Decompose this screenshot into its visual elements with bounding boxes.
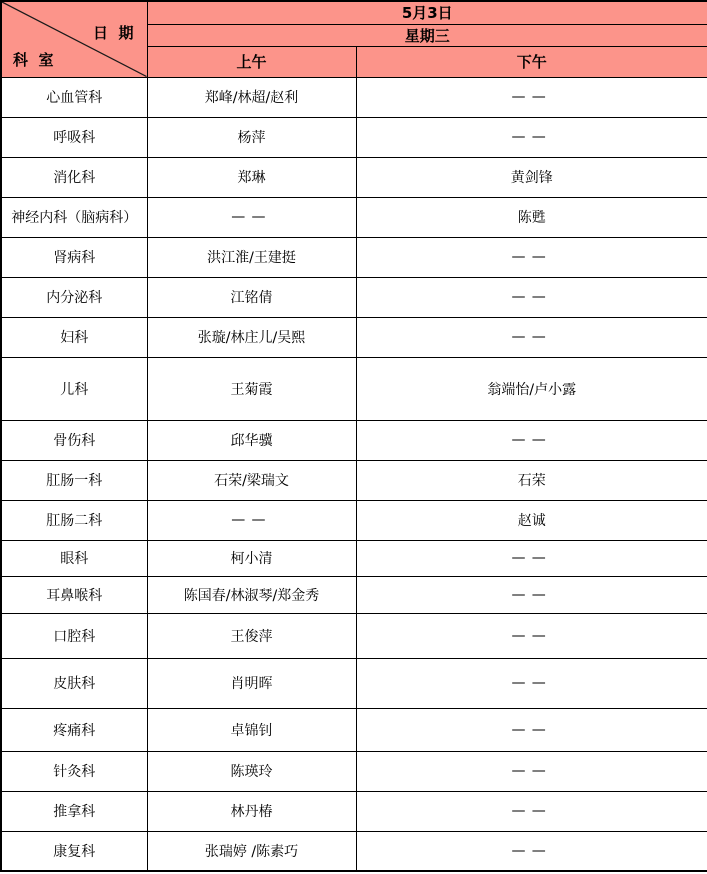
department-cell: 心血管科 — [1, 77, 147, 117]
afternoon-cell: —— — [356, 708, 707, 751]
morning-cell: 陈瑛玲 — [147, 751, 356, 791]
morning-cell: —— — [147, 500, 356, 540]
date-row: 日 期 科 室 5月3日 — [1, 1, 707, 24]
date-header: 5月3日 — [147, 1, 707, 24]
table-row: 肛肠二科——赵诚 — [1, 500, 707, 540]
morning-cell: —— — [147, 197, 356, 237]
afternoon-cell: —— — [356, 277, 707, 317]
morning-cell: 邱华骥 — [147, 420, 356, 460]
morning-cell: 洪江淮/王建挺 — [147, 237, 356, 277]
schedule-sheet: 日 期 科 室 5月3日 星期三 上午 下午 心血管科郑峰/林超/赵利——呼吸科… — [0, 0, 707, 874]
afternoon-cell: —— — [356, 751, 707, 791]
morning-cell: 张瑞婷 /陈素巧 — [147, 831, 356, 871]
afternoon-cell: —— — [356, 613, 707, 658]
department-cell: 口腔科 — [1, 613, 147, 658]
afternoon-cell: —— — [356, 237, 707, 277]
table-row: 康复科张瑞婷 /陈素巧—— — [1, 831, 707, 871]
table-row: 儿科王菊霞翁端怡/卢小露 — [1, 357, 707, 420]
table-row: 肛肠一科石荣/梁瑞文石荣 — [1, 460, 707, 500]
morning-cell: 陈国春/林淑琴/郑金秀 — [147, 576, 356, 613]
morning-header: 上午 — [147, 46, 356, 77]
department-cell: 针灸科 — [1, 751, 147, 791]
table-row: 肾病科洪江淮/王建挺—— — [1, 237, 707, 277]
department-cell: 呼吸科 — [1, 117, 147, 157]
department-cell: 肛肠一科 — [1, 460, 147, 500]
table-row: 内分泌科江铭倩—— — [1, 277, 707, 317]
department-cell: 神经内科（脑病科） — [1, 197, 147, 237]
department-cell: 肾病科 — [1, 237, 147, 277]
afternoon-cell: 石荣 — [356, 460, 707, 500]
afternoon-cell: —— — [356, 791, 707, 831]
afternoon-cell: —— — [356, 77, 707, 117]
morning-cell: 江铭倩 — [147, 277, 356, 317]
afternoon-cell: 赵诚 — [356, 500, 707, 540]
afternoon-cell: —— — [356, 576, 707, 613]
table-row: 神经内科（脑病科）——陈甦 — [1, 197, 707, 237]
table-row: 皮肤科肖明晖—— — [1, 658, 707, 708]
table-row: 呼吸科杨萍—— — [1, 117, 707, 157]
morning-cell: 郑琳 — [147, 157, 356, 197]
table-row: 口腔科王俊萍—— — [1, 613, 707, 658]
afternoon-cell: —— — [356, 540, 707, 576]
department-cell: 疼痛科 — [1, 708, 147, 751]
table-row: 推拿科林丹椿—— — [1, 791, 707, 831]
department-cell: 康复科 — [1, 831, 147, 871]
schedule-table: 日 期 科 室 5月3日 星期三 上午 下午 心血管科郑峰/林超/赵利——呼吸科… — [0, 0, 707, 872]
department-axis-label: 科 室 — [13, 49, 53, 70]
table-row: 消化科郑琳黄剑锋 — [1, 157, 707, 197]
weekday-header: 星期三 — [147, 24, 707, 46]
afternoon-cell: 陈甦 — [356, 197, 707, 237]
morning-cell: 柯小清 — [147, 540, 356, 576]
schedule-header: 日 期 科 室 5月3日 星期三 上午 下午 — [1, 1, 707, 77]
table-row: 心血管科郑峰/林超/赵利—— — [1, 77, 707, 117]
morning-cell: 卓锦钊 — [147, 708, 356, 751]
morning-cell: 王菊霞 — [147, 357, 356, 420]
morning-cell: 王俊萍 — [147, 613, 356, 658]
department-cell: 耳鼻喉科 — [1, 576, 147, 613]
afternoon-cell: —— — [356, 317, 707, 357]
morning-cell: 肖明晖 — [147, 658, 356, 708]
department-cell: 骨伤科 — [1, 420, 147, 460]
afternoon-header: 下午 — [356, 46, 707, 77]
department-cell: 眼科 — [1, 540, 147, 576]
afternoon-cell: 黄剑锋 — [356, 157, 707, 197]
table-row: 骨伤科邱华骥—— — [1, 420, 707, 460]
morning-cell: 郑峰/林超/赵利 — [147, 77, 356, 117]
morning-cell: 林丹椿 — [147, 791, 356, 831]
afternoon-cell: —— — [356, 420, 707, 460]
department-cell: 推拿科 — [1, 791, 147, 831]
afternoon-cell: —— — [356, 658, 707, 708]
afternoon-cell: 翁端怡/卢小露 — [356, 357, 707, 420]
table-row: 疼痛科卓锦钊—— — [1, 708, 707, 751]
morning-cell: 张璇/林庄儿/吴熙 — [147, 317, 356, 357]
department-cell: 内分泌科 — [1, 277, 147, 317]
department-cell: 肛肠二科 — [1, 500, 147, 540]
schedule-body: 心血管科郑峰/林超/赵利——呼吸科杨萍——消化科郑琳黄剑锋神经内科（脑病科）——… — [1, 77, 707, 871]
department-cell: 妇科 — [1, 317, 147, 357]
department-cell: 消化科 — [1, 157, 147, 197]
table-row: 针灸科陈瑛玲—— — [1, 751, 707, 791]
corner-header-cell: 日 期 科 室 — [1, 1, 147, 77]
table-row: 耳鼻喉科陈国春/林淑琴/郑金秀—— — [1, 576, 707, 613]
morning-cell: 杨萍 — [147, 117, 356, 157]
table-row: 眼科柯小清—— — [1, 540, 707, 576]
table-row: 妇科张璇/林庄儿/吴熙—— — [1, 317, 707, 357]
afternoon-cell: —— — [356, 117, 707, 157]
department-cell: 皮肤科 — [1, 658, 147, 708]
department-cell: 儿科 — [1, 357, 147, 420]
afternoon-cell: —— — [356, 831, 707, 871]
date-axis-label: 日 期 — [93, 22, 133, 43]
morning-cell: 石荣/梁瑞文 — [147, 460, 356, 500]
